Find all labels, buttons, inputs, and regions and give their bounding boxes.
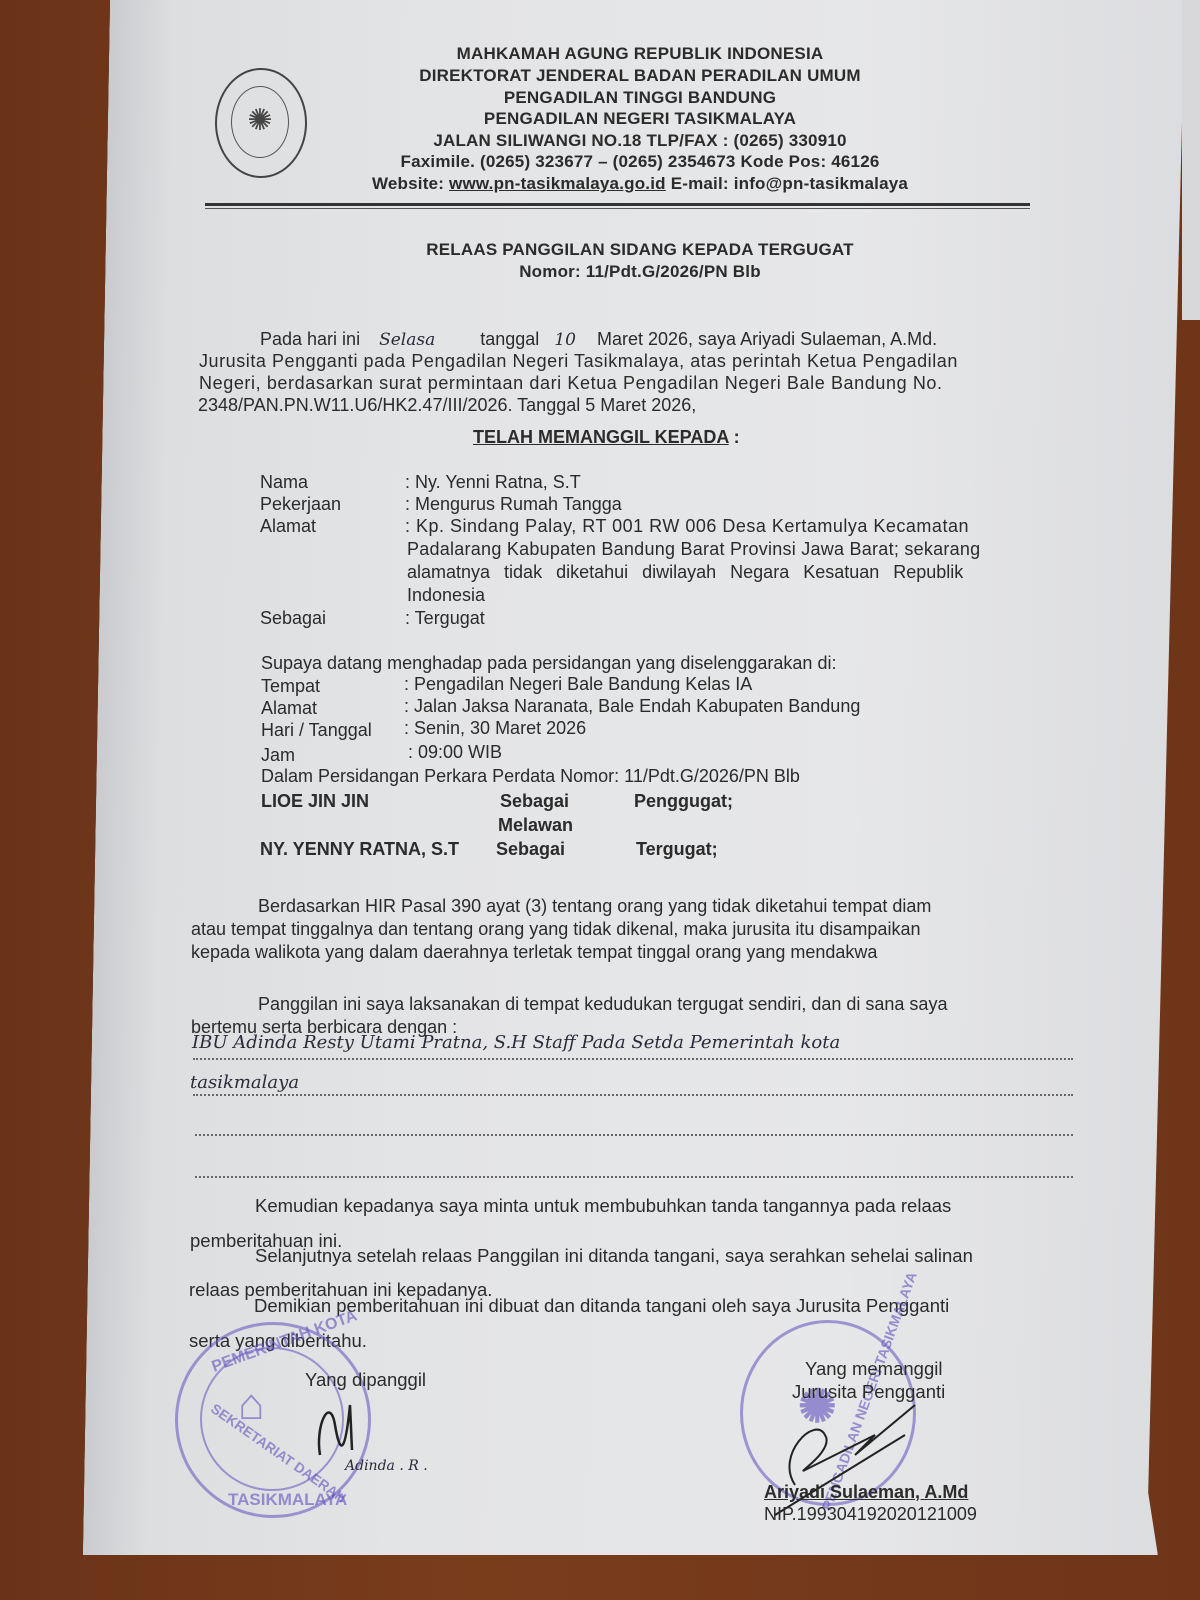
fill-line — [193, 1058, 1073, 1060]
value-alamat: Indonesia — [407, 584, 485, 606]
value-hari-tanggal: : Senin, 30 Maret 2026 — [404, 717, 586, 739]
letterhead-line: PENGADILAN NEGERI TASIKMALAYA — [330, 109, 950, 129]
signatory-label-caller: Yang memanggil — [805, 1358, 942, 1380]
closing-line: Kemudian kepadanya saya minta untuk memb… — [255, 1195, 951, 1217]
label-nama: Nama — [260, 471, 308, 493]
value-nama: : Ny. Yenni Ratna, S.T — [405, 471, 581, 493]
label-alamat: Alamat — [260, 515, 316, 537]
value-alamat-sidang: : Jalan Jaksa Naranata, Bale Endah Kabup… — [404, 695, 860, 717]
letterhead-line: JALAN SILIWANGI NO.18 TLP/FAX : (0265) 3… — [330, 131, 950, 151]
handwritten-contact-person: IBU Adinda Resty Utami Pratna, S.H Staff… — [192, 1032, 840, 1054]
legal-basis-line: atau tempat tinggalnya dan tentang orang… — [191, 918, 920, 940]
handwritten-city: tasikmalaya — [190, 1072, 299, 1094]
summoned-heading: TELAH MEMANGGIL KEPADA : — [473, 426, 740, 448]
document-title: RELAAS PANGGILAN SIDANG KEPADA TERGUGAT — [310, 240, 970, 260]
handwritten-day: Selasa — [379, 330, 435, 350]
defendant-name: NY. YENNY RATNA, S.T — [260, 838, 459, 860]
signature-summoned — [310, 1385, 390, 1465]
letterhead-line: MAHKAMAH AGUNG REPUBLIK INDONESIA — [330, 44, 950, 64]
handwritten-date: 10 — [554, 330, 576, 350]
letterhead-line: DIREKTORAT JENDERAL BADAN PERADILAN UMUM — [330, 66, 950, 86]
execution-line1: Panggilan ini saya laksanakan di tempat … — [258, 993, 947, 1015]
intro-line4: 2348/PAN.PN.W11.U6/HK2.47/III/2026. Tang… — [198, 394, 696, 416]
value-tempat: : Pengadilan Negeri Bale Bandung Kelas I… — [404, 673, 752, 695]
handwritten-name-summoned: Adinda . R . — [345, 1455, 428, 1477]
email-text: E-mail: info@pn-tasikmalaya — [671, 174, 908, 193]
website-label: Website: — [372, 174, 444, 193]
closing-line: Selanjutnya setelah relaas Panggilan ini… — [255, 1245, 973, 1267]
letterhead-contact: Website: www.pn-tasikmalaya.go.id E-mail… — [330, 174, 950, 194]
bailiff-name: Ariyadi Sulaeman, A.Md — [764, 1481, 968, 1503]
defendant-role: Tergugat; — [636, 838, 718, 860]
value-sebagai: : Tergugat — [405, 607, 485, 629]
legal-basis-line: kepada walikota yang dalam daerahnya ter… — [191, 941, 877, 963]
fill-line — [195, 1134, 1073, 1136]
court-emblem-icon: ✺ — [215, 68, 307, 178]
label-pekerjaan: Pekerjaan — [260, 493, 341, 515]
plaintiff-role: Penggugat; — [634, 790, 733, 812]
summons-document: ✺ MAHKAMAH AGUNG REPUBLIK INDONESIA DIRE… — [0, 0, 1200, 1600]
hearing-intro: Supaya datang menghadap pada persidangan… — [261, 652, 836, 674]
intro-line3: Negeri, berdasarkan surat permintaan dar… — [199, 372, 943, 394]
plaintiff-name: LIOE JIN JIN — [261, 790, 369, 812]
letterhead-divider-thin — [205, 208, 1030, 209]
document-number: Nomor: 11/Pdt.G/2026/PN Blb — [310, 262, 970, 282]
letterhead-line: Faximile. (0265) 323677 – (0265) 2354673… — [330, 152, 950, 172]
value-alamat: : Kp. Sindang Palay, RT 001 RW 006 Desa … — [405, 515, 969, 537]
value-alamat: Padalarang Kabupaten Bandung Barat Provi… — [407, 538, 980, 560]
versus-label: Melawan — [498, 814, 573, 836]
letterhead-divider — [205, 203, 1030, 206]
intro-line2: Jurusita Pengganti pada Pengadilan Neger… — [199, 350, 958, 372]
website-link[interactable]: www.pn-tasikmalaya.go.id — [449, 174, 666, 193]
fill-line — [193, 1094, 1073, 1096]
plaintiff-as: Sebagai — [500, 790, 569, 812]
letterhead-line: PENGADILAN TINGGI BANDUNG — [330, 88, 950, 108]
legal-basis-line: Berdasarkan HIR Pasal 390 ayat (3) tenta… — [258, 895, 931, 917]
intro-line1: Pada hari ini Selasa tanggal 10 Maret 20… — [260, 328, 937, 351]
label-jam: Jam — [261, 744, 295, 766]
value-pekerjaan: : Mengurus Rumah Tangga — [405, 493, 622, 515]
value-alamat: alamatnya tidak diketahui diwilayah Nega… — [407, 561, 963, 583]
bailiff-nip: NIP.199304192020121009 — [764, 1503, 977, 1525]
defendant-as: Sebagai — [496, 838, 565, 860]
case-number-line: Dalam Persidangan Perkara Perdata Nomor:… — [261, 765, 800, 787]
label-tempat: Tempat — [261, 675, 320, 697]
label-hari-tanggal: Hari / Tanggal — [261, 719, 372, 741]
value-jam: : 09:00 WIB — [408, 741, 502, 763]
label-sebagai: Sebagai — [260, 607, 326, 629]
closing-line: Demikian pemberitahuan ini dibuat dan di… — [254, 1295, 949, 1317]
label-alamat-sidang: Alamat — [261, 697, 317, 719]
fill-line — [195, 1176, 1073, 1178]
